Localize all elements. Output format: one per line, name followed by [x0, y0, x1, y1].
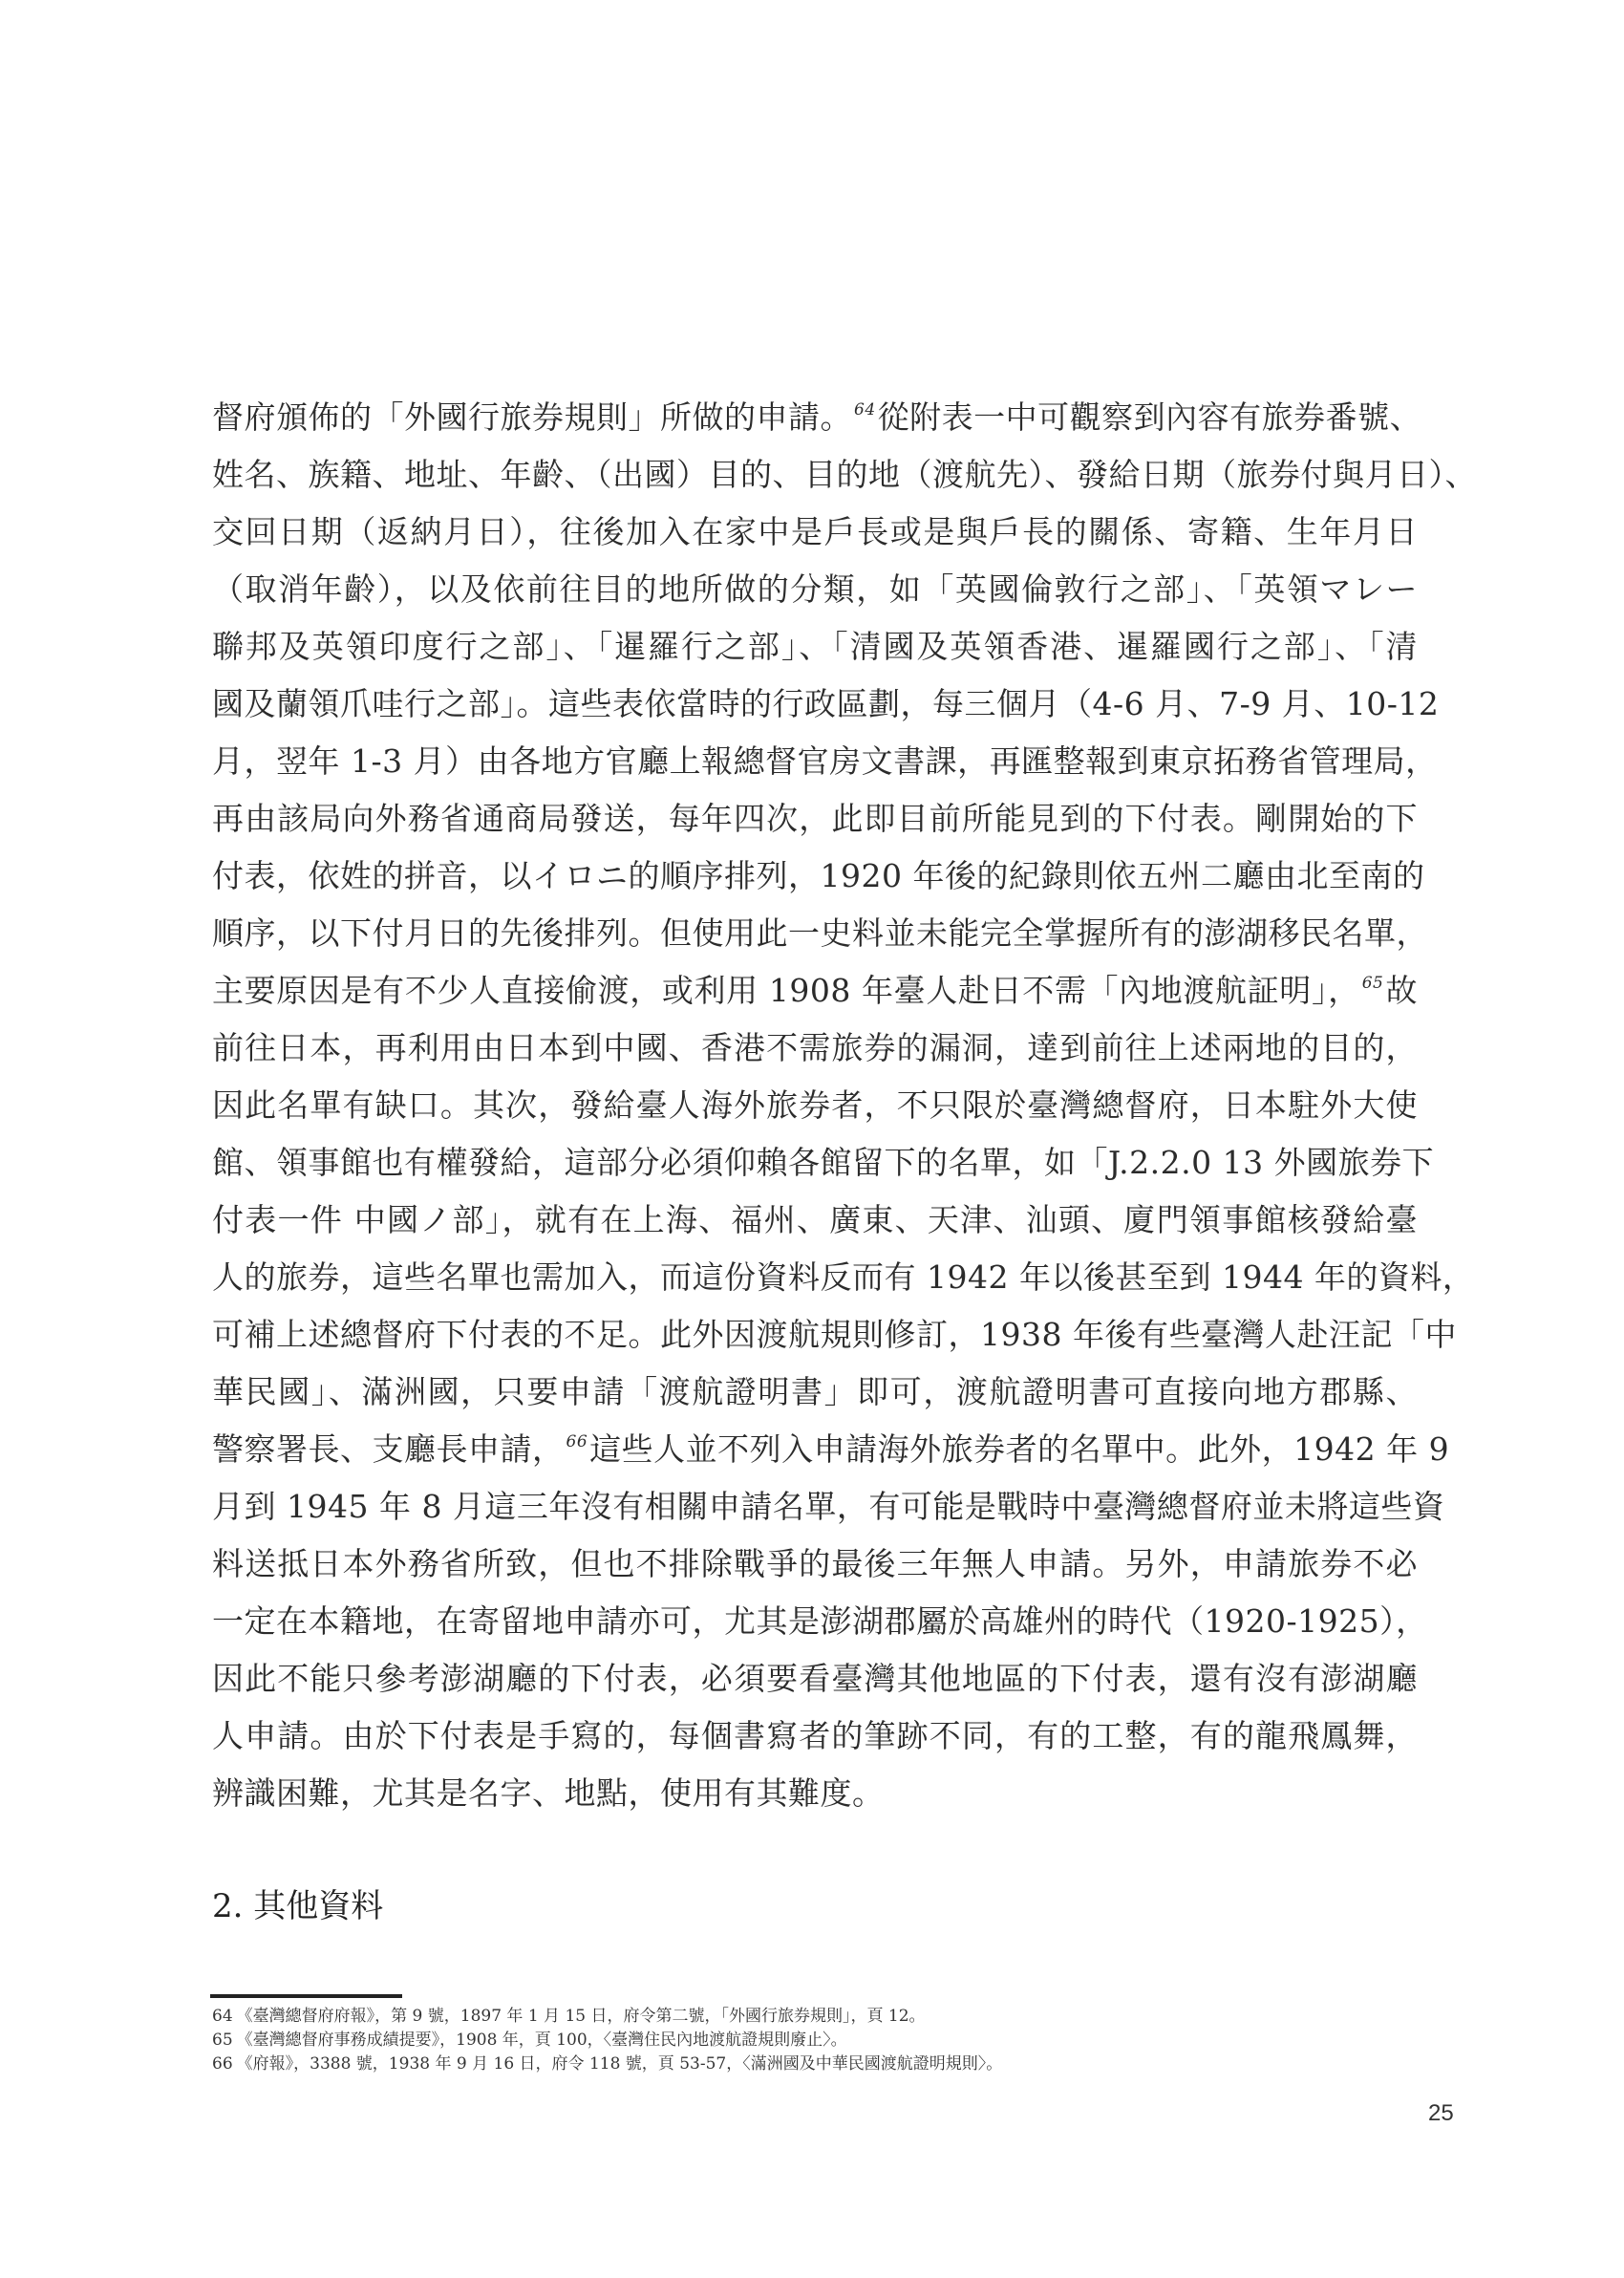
- footnote-number: 65: [212, 2031, 233, 2050]
- text-line: 交回日期（返納月日），往後加入在家中是戶長或是與戶長的關係、寄籍、生年月日: [212, 508, 1418, 566]
- text-line: 聯邦及英領印度行之部」、「暹羅行之部」、「清國及英領香港、暹羅國行之部」、「清: [212, 623, 1418, 680]
- text-line: 付表，依姓的拼音，以イロニ的順序排列，1920 年後的紀錄則依五州二廳由北至南的: [212, 852, 1418, 910]
- footnote-number: 66: [212, 2054, 233, 2074]
- text-line: 一定在本籍地，在寄留地申請亦可，尤其是澎湖郡屬於高雄州的時代（1920-1925…: [212, 1598, 1418, 1655]
- footnote-65: 65《臺灣總督府事務成績提要》，1908 年，頁 100，〈臺灣住民內地渡航證規…: [212, 2029, 1416, 2052]
- text-line: 人的旅券，這些名單也需加入，而這份資料反而有 1942 年以後甚至到 1944 …: [212, 1254, 1418, 1311]
- text-line: 因此不能只參考澎湖廳的下付表，必須要看臺灣其他地區的下付表，還有沒有澎湖廳: [212, 1655, 1418, 1712]
- footnote-number: 64: [212, 2007, 233, 2026]
- text-line: 順序，以下付月日的先後排列。但使用此一史料並未能完全掌握所有的澎湖移民名單，: [212, 910, 1418, 967]
- footnote-divider: [210, 1994, 402, 1998]
- footnote-ref-65[interactable]: 65: [1362, 974, 1384, 993]
- document-page: 督府頒佈的「外國行旅券規則」所做的申請。64從附表一中可觀察到內容有旅券番號、 …: [0, 0, 1624, 2278]
- text-line: 主要原因是有不少人直接偷渡，或利用 1908 年臺人赴日不需「內地渡航証明」，6…: [212, 967, 1418, 1024]
- text-line: 再由該局向外務省通商局發送，每年四次，此即目前所能見到的下付表。剛開始的下: [212, 795, 1418, 852]
- text-line: 館、領事館也有權發給，這部分必須仰賴各館留下的名單，如「J.2.2.0 13 外…: [212, 1139, 1418, 1196]
- footnotes: 64《臺灣總督府府報》，第 9 號，1897 年 1 月 15 日，府令第二號，…: [212, 2005, 1416, 2076]
- footnote-ref-64[interactable]: 64: [854, 400, 876, 419]
- text-line: 可補上述總督府下付表的不足。此外因渡航規則修訂，1938 年後有些臺灣人赴汪記「…: [212, 1311, 1418, 1368]
- section-heading: 2. 其他資料: [212, 1884, 383, 1928]
- body-paragraph: 督府頒佈的「外國行旅券規則」所做的申請。64從附表一中可觀察到內容有旅券番號、 …: [212, 394, 1418, 1827]
- text-line: 前往日本，再利用由日本到中國、香港不需旅券的漏洞，達到前往上述兩地的目的，: [212, 1024, 1418, 1082]
- footnote-64: 64《臺灣總督府府報》，第 9 號，1897 年 1 月 15 日，府令第二號，…: [212, 2005, 1416, 2029]
- text-line: 付表一件 中國ノ部」，就有在上海、福州、廣東、天津、汕頭、廈門領事館核發給臺: [212, 1196, 1418, 1254]
- text-line: 人申請。由於下付表是手寫的，每個書寫者的筆跡不同，有的工整，有的龍飛鳳舞，: [212, 1712, 1418, 1770]
- text-line: 督府頒佈的「外國行旅券規則」所做的申請。64從附表一中可觀察到內容有旅券番號、: [212, 394, 1418, 451]
- footnote-66: 66《府報》，3388 號，1938 年 9 月 16 日，府令 118 號，頁…: [212, 2052, 1416, 2076]
- page-number: 25: [1428, 2100, 1454, 2127]
- text-line: （取消年齡），以及依前往目的地所做的分類，如「英國倫敦行之部」、「英領マレー: [212, 566, 1418, 623]
- text-line: 料送抵日本外務省所致，但也不排除戰爭的最後三年無人申請。另外，申請旅券不必: [212, 1540, 1418, 1598]
- text-line: 因此名單有缺口。其次，發給臺人海外旅券者，不只限於臺灣總督府，日本駐外大使: [212, 1082, 1418, 1139]
- text-line: 國及蘭領爪哇行之部」。這些表依當時的行政區劃，每三個月（4-6 月、7-9 月、…: [212, 680, 1418, 738]
- text-line: 辨識困難，尤其是名字、地點，使用有其難度。: [212, 1770, 1418, 1827]
- text-line: 警察署長、支廳長申請，66這些人並不列入申請海外旅券者的名單中。此外，1942 …: [212, 1426, 1418, 1483]
- footnote-text: 《府報》，3388 號，1938 年 9 月 16 日，府令 118 號，頁 5…: [237, 2054, 1003, 2074]
- text-line: 月，翌年 1-3 月）由各地方官廳上報總督官房文書課，再匯整報到東京拓務省管理局…: [212, 738, 1418, 795]
- text-line: 月到 1945 年 8 月這三年沒有相關申請名單，有可能是戰時中臺灣總督府並未將…: [212, 1483, 1418, 1540]
- footnote-text: 《臺灣總督府府報》，第 9 號，1897 年 1 月 15 日，府令第二號，「外…: [237, 2007, 926, 2026]
- text-line: 華民國」、滿洲國，只要申請「渡航證明書」即可，渡航證明書可直接向地方郡縣、: [212, 1368, 1418, 1426]
- footnote-text: 《臺灣總督府事務成績提要》，1908 年，頁 100，〈臺灣住民內地渡航證規則廢…: [237, 2031, 847, 2050]
- footnote-ref-66[interactable]: 66: [566, 1432, 588, 1451]
- text-line: 姓名、族籍、地址、年齡、（出國）目的、目的地（渡航先）、發給日期（旅券付與月日）…: [212, 451, 1418, 508]
